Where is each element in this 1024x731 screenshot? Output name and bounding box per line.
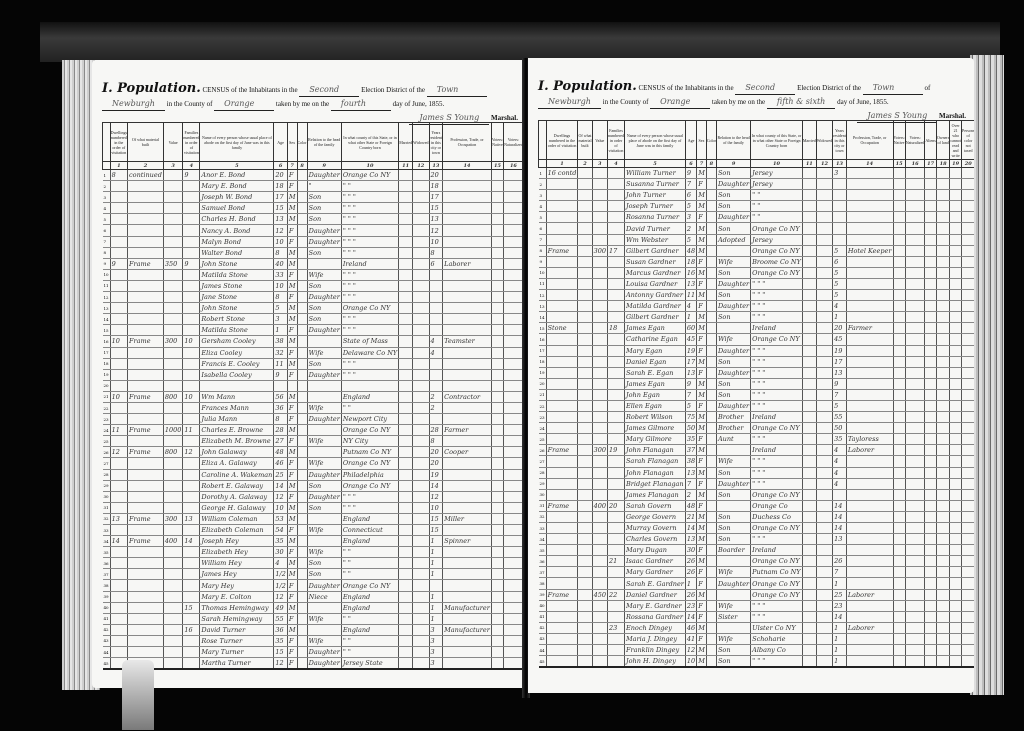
cell-empty [961, 633, 974, 644]
cell-sex: F [697, 278, 707, 289]
cell-age: 75 [685, 412, 696, 423]
cell-empty [816, 223, 832, 234]
cell-empty [816, 645, 832, 656]
cell-empty [413, 170, 429, 181]
cell-empty [961, 589, 974, 600]
cell-n: 8 [539, 245, 547, 256]
cell-val [163, 325, 183, 336]
cell-age: 36 [274, 624, 287, 635]
cell-sex: M [287, 203, 297, 214]
cell-yrs: 5 [833, 400, 847, 411]
cell-mat [578, 456, 592, 467]
cell-empty [413, 580, 429, 591]
cell-n: 11 [103, 280, 111, 291]
cell-born: " " " [751, 278, 803, 289]
cell-dw [110, 314, 127, 325]
cell-fam [183, 480, 200, 491]
cell-empty [504, 314, 524, 325]
cell-empty [936, 645, 949, 656]
cell-empty [504, 292, 524, 303]
cell-name: Matilda Stone [200, 269, 274, 280]
column-number: 9 [716, 160, 750, 168]
cell-empty [925, 301, 936, 312]
cell-mat [578, 345, 592, 356]
cell-empty [399, 347, 413, 358]
census-row: 24James Gilmore50MBrotherOrange Co NY50 [539, 423, 975, 434]
cell-val [592, 633, 607, 644]
cell-empty [297, 369, 307, 380]
cell-empty [491, 480, 503, 491]
census-row: 2411Frame100011Charles E. Browne28MOrang… [103, 425, 527, 436]
cell-empty [961, 434, 974, 445]
cell-yrs [429, 380, 443, 391]
cell-born: Orange Co NY [751, 578, 803, 589]
column-number: 19 [950, 160, 962, 168]
cell-empty [706, 456, 716, 467]
cell-empty [706, 378, 716, 389]
header-text: day of June, 1855. [837, 98, 889, 106]
cell-empty [936, 212, 949, 223]
cell-n: 35 [539, 545, 547, 556]
cell-occ [846, 656, 893, 668]
cell-yrs: 1 [429, 558, 443, 569]
cell-dw [110, 192, 127, 203]
cell-born: NY City [341, 436, 398, 447]
cell-empty [413, 647, 429, 658]
cell-occ [846, 334, 893, 345]
cell-n: 19 [539, 367, 547, 378]
cell-dw [546, 478, 578, 489]
cell-empty [504, 591, 524, 602]
cell-sex: M [287, 391, 297, 402]
cell-n: 33 [539, 523, 547, 534]
cell-name: John Egan [624, 389, 685, 400]
cell-yrs: 8 [429, 436, 443, 447]
cell-rel [716, 323, 750, 334]
cell-dw [546, 578, 578, 589]
cell-age: 7 [685, 389, 696, 400]
cell-empty [802, 434, 816, 445]
cell-name: Isabella Cooley [200, 369, 274, 380]
cell-empty [399, 336, 413, 347]
cell-dw [546, 567, 578, 578]
cell-sex: F [287, 347, 297, 358]
cell-rel: Son [307, 358, 341, 369]
cell-dw [110, 480, 127, 491]
cell-yrs: 12 [429, 491, 443, 502]
cell-sex: M [697, 290, 707, 301]
cell-val [592, 511, 607, 522]
cell-rel: Wife [307, 347, 341, 358]
cell-mat [578, 400, 592, 411]
cell-empty [491, 547, 503, 558]
cell-empty [905, 190, 925, 201]
cell-age: 8 [274, 292, 287, 303]
cell-born: Schoharie [751, 633, 803, 644]
cell-rel [716, 245, 750, 256]
cell-dw: 8 [110, 170, 127, 181]
column-number: 4 [183, 162, 200, 170]
column-number: 3 [163, 162, 183, 170]
cell-empty [816, 434, 832, 445]
cell-empty [491, 624, 503, 635]
cell-born: Orange Co NY [751, 423, 803, 434]
cell-yrs [833, 489, 847, 500]
cell-sex: M [697, 511, 707, 522]
cell-empty [950, 323, 962, 334]
cell-empty [950, 511, 962, 522]
cell-yrs: 1 [833, 578, 847, 589]
census-row: 3Joseph W. Bond17MSon" " "17 [103, 192, 527, 203]
cell-sex: M [287, 569, 297, 580]
cell-empty [802, 633, 816, 644]
cell-name: Wm Mann [200, 391, 274, 402]
cell-born: " " " [751, 356, 803, 367]
cell-rel: Daughter [716, 278, 750, 289]
cell-empty [802, 312, 816, 323]
column-number: 7 [697, 160, 707, 168]
cell-empty [706, 556, 716, 567]
cell-val [592, 456, 607, 467]
cell-rel: Sister [716, 611, 750, 622]
cell-empty [905, 400, 925, 411]
cell-age: 1 [274, 325, 287, 336]
cell-empty [491, 192, 503, 203]
cell-empty [816, 367, 832, 378]
cell-val [163, 203, 183, 214]
cell-empty [950, 212, 962, 223]
cell-age: 53 [274, 513, 287, 524]
census-row: 18Francis E. Cooley11MSon" " " [103, 358, 527, 369]
column-header: Voters: Naturalized [905, 121, 925, 160]
division-field: Town [863, 81, 923, 95]
cell-empty [950, 245, 962, 256]
column-header: Dwellings numbered in the order of visit… [546, 121, 578, 160]
cell-fam [607, 334, 624, 345]
town-field: Newburgh [538, 95, 601, 109]
division-field: Town [427, 83, 487, 97]
cell-empty [504, 447, 524, 458]
cell-empty [961, 256, 974, 267]
cell-age: 54 [274, 525, 287, 536]
cell-empty [816, 301, 832, 312]
cell-dw [546, 467, 578, 478]
cell-occ [443, 525, 492, 536]
cell-empty [504, 580, 524, 591]
cell-empty [491, 258, 503, 269]
cell-n: 41 [103, 613, 111, 624]
cell-sex: M [287, 624, 297, 635]
column-header-row: Dwellings numbered in the order of visit… [539, 121, 975, 160]
cell-name: Louisa Gardner [624, 278, 685, 289]
cell-n: 30 [103, 491, 111, 502]
cell-empty [399, 624, 413, 635]
cell-empty [491, 269, 503, 280]
cell-age: 15 [274, 647, 287, 658]
cell-yrs [833, 234, 847, 245]
cell-empty [816, 256, 832, 267]
cell-yrs: 4 [429, 336, 443, 347]
cell-mat [578, 611, 592, 622]
cell-empty [950, 589, 962, 600]
cell-empty [950, 389, 962, 400]
cell-sex: F [697, 434, 707, 445]
cell-sex: F [287, 181, 297, 192]
cell-empty [925, 478, 936, 489]
cell-fam: 21 [607, 556, 624, 567]
cell-empty [399, 658, 413, 670]
cell-empty [925, 656, 936, 668]
cell-empty [413, 292, 429, 303]
cell-empty [925, 622, 936, 633]
cell-occ [443, 314, 492, 325]
cell-n: 32 [103, 513, 111, 524]
column-number: 16 [905, 160, 925, 168]
cell-empty [491, 280, 503, 291]
cell-age: 13 [685, 467, 696, 478]
cell-born: Orange Co NY [751, 489, 803, 500]
column-number-row: 123456789101112131415161718192021 [103, 162, 527, 170]
cell-empty [399, 247, 413, 258]
cell-name: Mary Gardner [624, 567, 685, 578]
cell-fam [183, 236, 200, 247]
cell-yrs: 3 [429, 647, 443, 658]
cell-age: 12 [685, 645, 696, 656]
cell-fam [183, 380, 200, 391]
cell-rel: Son [716, 168, 750, 179]
cell-mat [578, 478, 592, 489]
cell-rel: Son [716, 523, 750, 534]
cell-empty [925, 400, 936, 411]
census-row: 19Isabella Cooley9FDaughter" " " [103, 369, 527, 380]
cell-mat [128, 369, 164, 380]
cell-empty [413, 425, 429, 436]
cell-age: 8 [274, 414, 287, 425]
cell-val [592, 567, 607, 578]
cell-age: 33 [274, 269, 287, 280]
census-row: 4223Enoch Dingey46MUlster Co NY1Laborer [539, 622, 975, 633]
census-row: 39Frame45022Daniel Gardner26MOrange Co N… [539, 589, 975, 600]
cell-fam [607, 234, 624, 245]
cell-rel: Son [716, 223, 750, 234]
cell-name: John Flanagan [624, 467, 685, 478]
cell-dw [110, 402, 127, 413]
cell-empty [413, 358, 429, 369]
cell-empty [816, 500, 832, 511]
cell-empty [816, 190, 832, 201]
cell-empty [905, 201, 925, 212]
cell-occ [846, 267, 893, 278]
cell-val [592, 168, 607, 179]
cell-fam [183, 580, 200, 591]
cell-val [592, 412, 607, 423]
cell-empty [399, 369, 413, 380]
cell-empty [399, 225, 413, 236]
cell-empty [961, 323, 974, 334]
cell-age: 12 [274, 491, 287, 502]
cell-sex: M [697, 267, 707, 278]
cell-born: " " [341, 569, 398, 580]
cell-empty [802, 378, 816, 389]
cell-empty [905, 589, 925, 600]
cell-fam [607, 467, 624, 478]
cell-sex: F [287, 325, 297, 336]
cell-empty [297, 525, 307, 536]
cell-mat [578, 412, 592, 423]
cell-empty [961, 511, 974, 522]
cell-empty [297, 170, 307, 181]
cell-born: " " " [751, 301, 803, 312]
cell-mat [128, 591, 164, 602]
cell-val: 400 [163, 536, 183, 547]
left-page-header: I. Population. CENSUS of the Inhabitants… [102, 82, 518, 125]
cell-mat [128, 269, 164, 280]
cell-val [163, 280, 183, 291]
cell-n: 18 [103, 358, 111, 369]
cell-empty [297, 325, 307, 336]
cell-sex: M [287, 280, 297, 291]
cell-yrs: 5 [833, 267, 847, 278]
cell-n: 31 [103, 502, 111, 513]
cell-dw [110, 624, 127, 635]
cell-sex: F [697, 179, 707, 190]
cell-empty [399, 458, 413, 469]
cell-yrs: 14 [833, 523, 847, 534]
cell-age: 2 [685, 489, 696, 500]
cell-dw [546, 290, 578, 301]
cell-val [592, 223, 607, 234]
census-row: 8Frame30017Gilbert Gardner48MOrange Co N… [539, 245, 975, 256]
cell-empty [706, 656, 716, 668]
cell-yrs: 17 [833, 356, 847, 367]
cell-dw [546, 534, 578, 545]
cell-rel: Daughter [716, 478, 750, 489]
census-row: 45John H. Dingey10MSon" " "1 [539, 656, 975, 668]
cell-occ [846, 356, 893, 367]
cell-empty [936, 301, 949, 312]
cell-mat: Frame [128, 391, 164, 402]
cell-empty [936, 534, 949, 545]
cell-val [163, 225, 183, 236]
cell-empty [893, 212, 905, 223]
cell-val: 300 [592, 445, 607, 456]
cell-occ: Laborer [846, 445, 893, 456]
cell-empty [297, 181, 307, 192]
cell-empty [297, 547, 307, 558]
cell-born: " " " [751, 611, 803, 622]
cell-born: " " " [341, 369, 398, 380]
cell-empty [950, 478, 962, 489]
cell-empty [413, 336, 429, 347]
cell-yrs: 1 [833, 312, 847, 323]
cell-empty [905, 567, 925, 578]
cell-empty [893, 578, 905, 589]
cell-rel: Son [716, 312, 750, 323]
cell-empty [905, 234, 925, 245]
cell-yrs [429, 269, 443, 280]
cell-sex: F [287, 170, 297, 181]
cell-empty [491, 613, 503, 624]
cell-empty [905, 622, 925, 633]
cell-empty [706, 534, 716, 545]
cell-val [592, 534, 607, 545]
cell-val [163, 414, 183, 425]
cell-mat [128, 458, 164, 469]
column-header: Value [592, 121, 607, 160]
cell-yrs: 19 [833, 345, 847, 356]
cell-yrs: 8 [429, 247, 443, 258]
cell-empty [816, 267, 832, 278]
cell-occ [443, 458, 492, 469]
cell-dw [546, 423, 578, 434]
cell-born: " " [341, 647, 398, 658]
cell-empty [297, 225, 307, 236]
cell-occ [846, 290, 893, 301]
census-row: 15Matilda Stone1FDaughter" " " [103, 325, 527, 336]
cell-n: 5 [103, 214, 111, 225]
cell-empty [706, 445, 716, 456]
cell-name: Bridget Flanagan [624, 478, 685, 489]
cell-occ [443, 580, 492, 591]
cell-empty [950, 278, 962, 289]
cell-mat [128, 225, 164, 236]
cell-empty [893, 545, 905, 556]
cell-sex: M [287, 558, 297, 569]
cell-val: 400 [592, 500, 607, 511]
cell-empty [961, 423, 974, 434]
cell-empty [802, 290, 816, 301]
section-title: I. Population. [102, 81, 201, 96]
cell-empty [399, 292, 413, 303]
cell-empty [802, 500, 816, 511]
cell-val [592, 400, 607, 411]
cell-n: 20 [103, 380, 111, 391]
cell-empty [706, 633, 716, 644]
cell-dw: 13 [110, 513, 127, 524]
cell-empty [936, 190, 949, 201]
cell-val [592, 467, 607, 478]
cell-empty [936, 179, 949, 190]
cell-empty [950, 600, 962, 611]
cell-born: Jersey State [341, 658, 398, 670]
cell-empty [504, 214, 524, 225]
cell-n: 16 [103, 336, 111, 347]
cell-dw [546, 334, 578, 345]
cell-val [592, 378, 607, 389]
cell-empty [706, 589, 716, 600]
cell-sex: F [697, 256, 707, 267]
cell-empty [925, 456, 936, 467]
cell-occ [846, 201, 893, 212]
cell-n: 13 [539, 301, 547, 312]
cell-name: Sarah Govern [624, 500, 685, 511]
cell-n: 18 [539, 356, 547, 367]
cell-born: Putnam Co NY [341, 447, 398, 458]
census-row: 4216David Turner36MEngland3Manufacturer [103, 624, 527, 635]
cell-empty [950, 656, 962, 668]
cell-empty [925, 367, 936, 378]
section-title: I. Population. [538, 79, 637, 94]
cell-born: Orange Co NY [751, 556, 803, 567]
cell-n: 36 [103, 558, 111, 569]
cell-sex: F [287, 591, 297, 602]
cell-fam [607, 223, 624, 234]
cell-dw [110, 613, 127, 624]
cell-empty [504, 414, 524, 425]
cell-occ [846, 489, 893, 500]
cell-empty [413, 380, 429, 391]
cell-val [592, 645, 607, 656]
